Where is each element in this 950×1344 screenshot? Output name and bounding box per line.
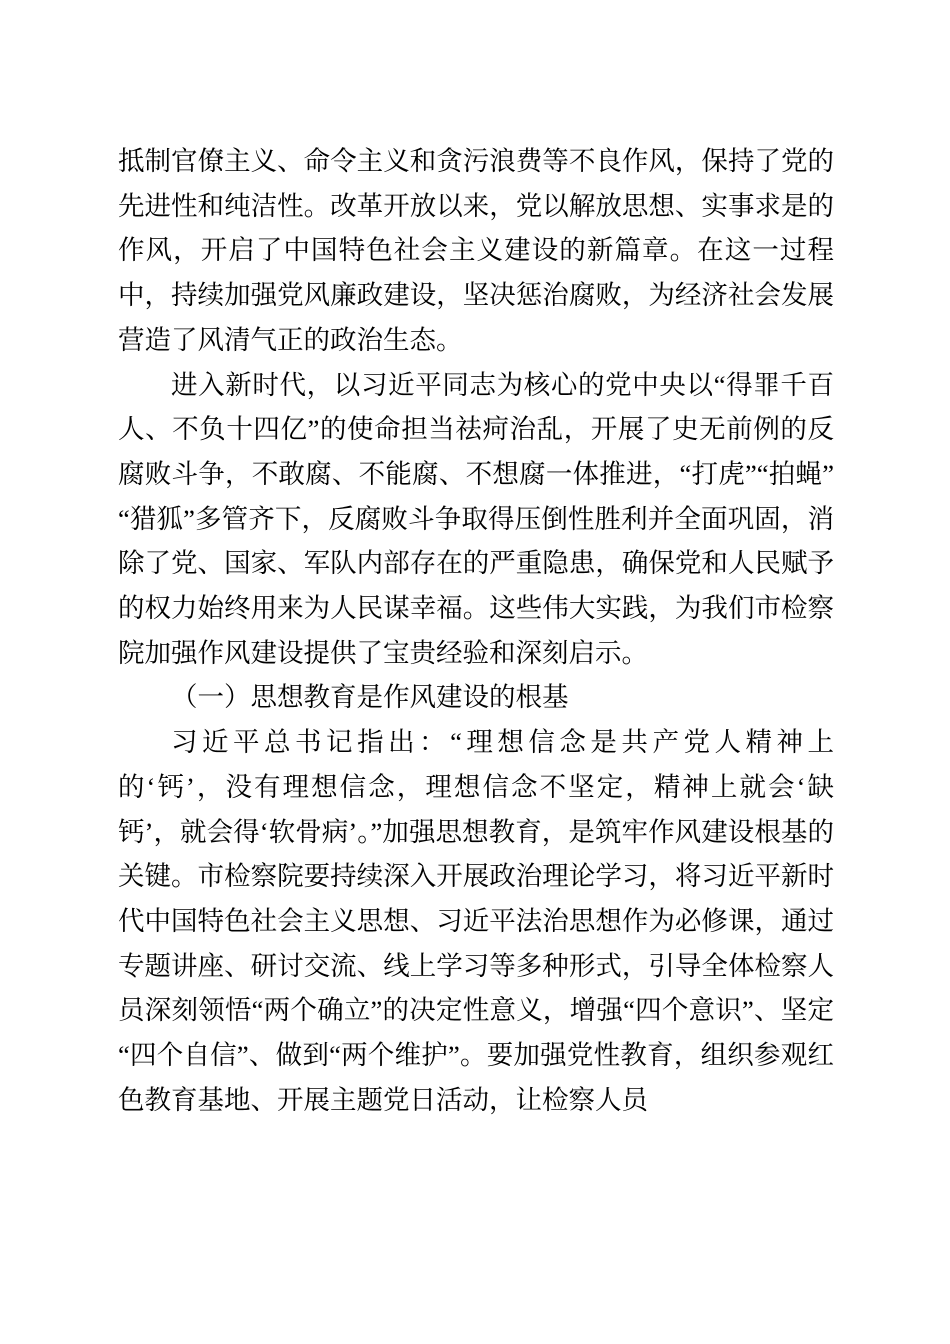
document-page: 抵制官僚主义、命令主义和贪污浪费等不良作风，保持了党的先进性和纯洁性。改革开放以… (0, 0, 950, 1344)
paragraph-continuation: 抵制官僚主义、命令主义和贪污浪费等不良作风，保持了党的先进性和纯洁性。改革开放以… (118, 139, 834, 363)
section-heading: （一）思想教育是作风建设的根基 (118, 675, 834, 720)
paragraph-ideology-education: 习近平总书记指出：“理想信念是共产党人精神上的‘钙’，没有理想信念，理想信念不坚… (118, 720, 834, 1122)
paragraph-new-era: 进入新时代，以习近平同志为核心的党中央以“得罪千百人、不负十四亿”的使命担当祛疴… (118, 363, 834, 676)
